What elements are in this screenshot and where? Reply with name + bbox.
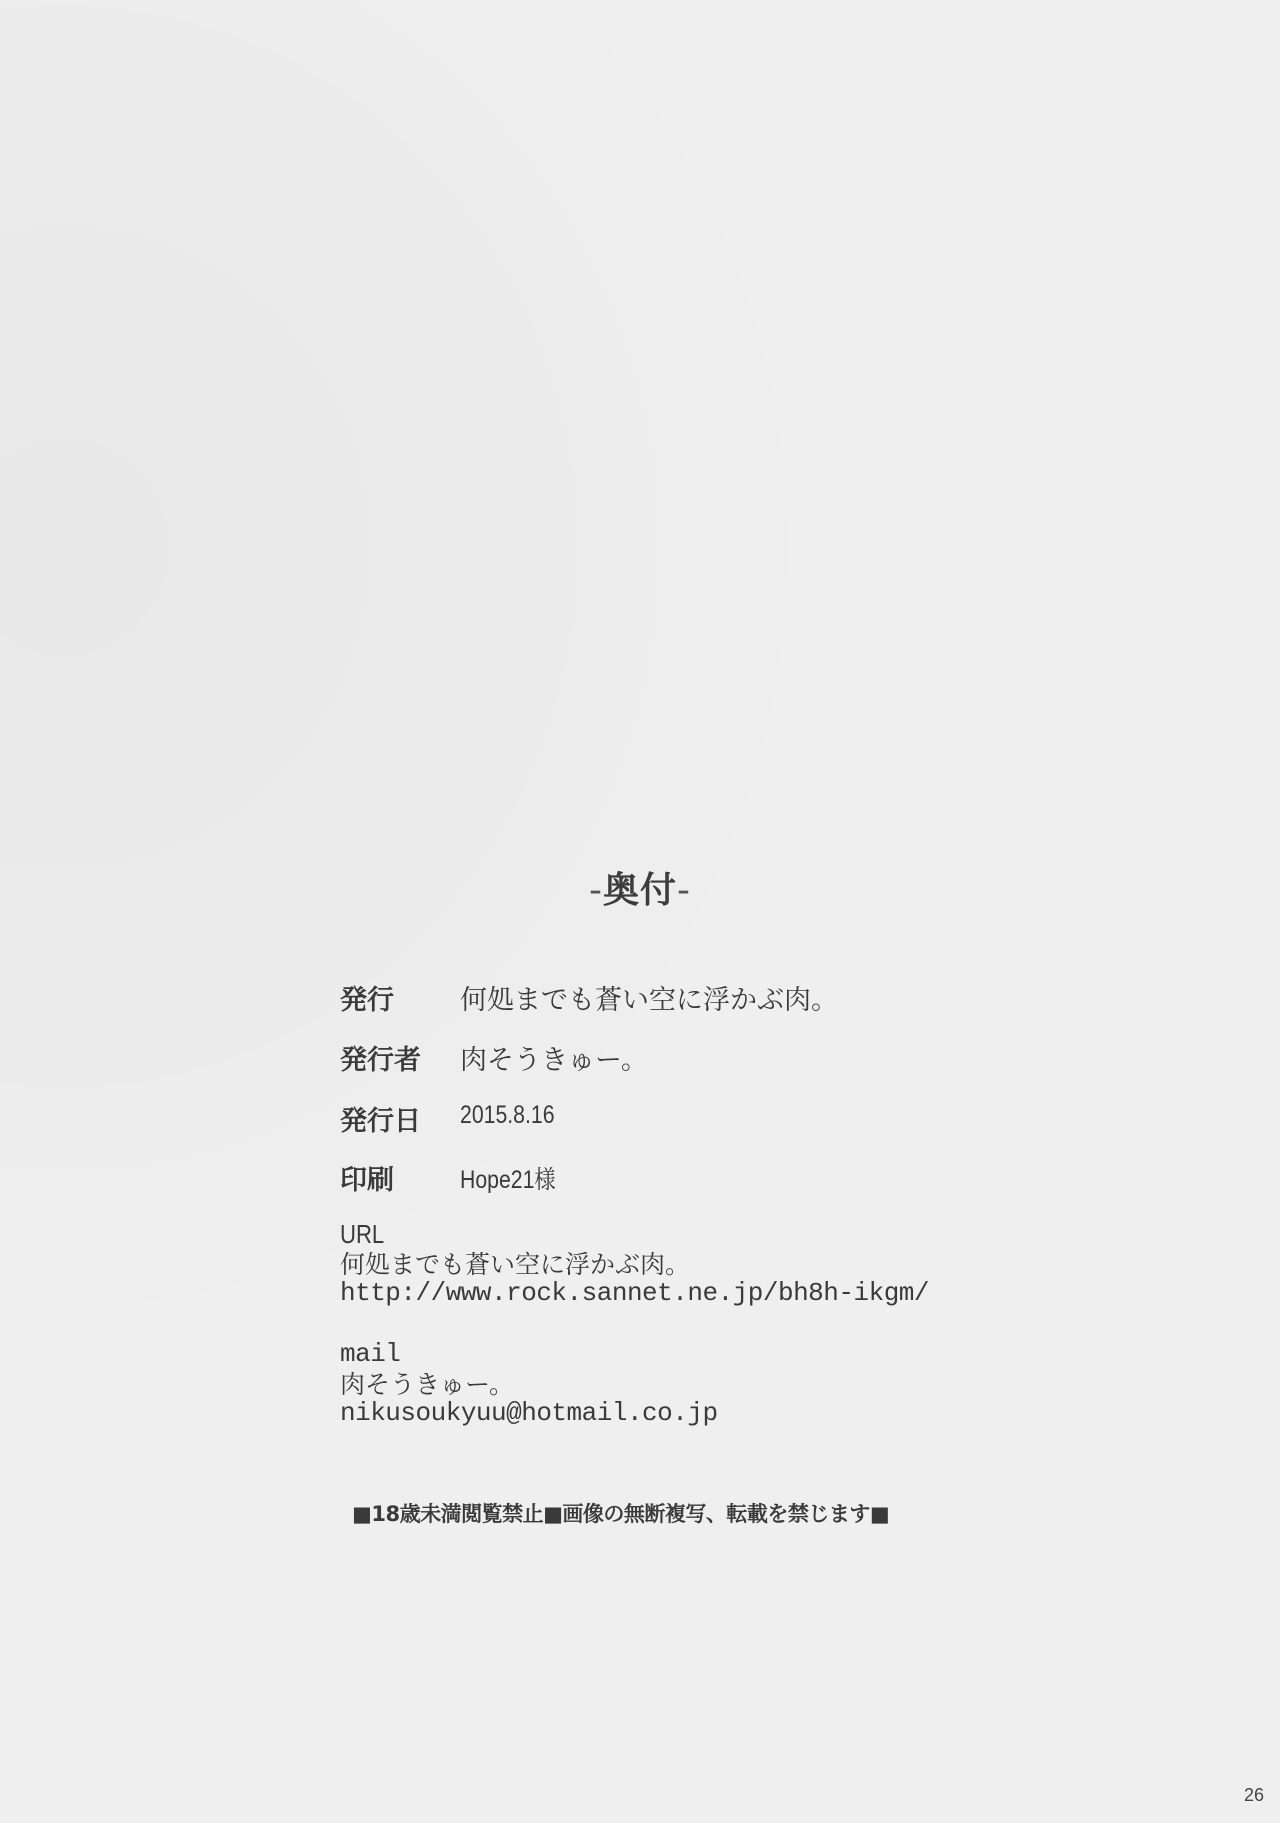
title-text: 奥付: [603, 870, 677, 911]
mail-heading: mail: [340, 1340, 718, 1370]
site-name: 何処までも蒼い空に浮かぶ肉。: [340, 1250, 929, 1280]
colophon-value: 肉そうきゅー。: [460, 1038, 648, 1077]
age-restriction-notice: ■18歳未満閲覧禁止■画像の無断複写、転載を禁じます■: [352, 1498, 889, 1528]
colophon-value: 何処までも蒼い空に浮かぶ肉。: [460, 978, 838, 1017]
mail-section: mail 肉そうきゅー。 nikusoukyuu@hotmail.co.jp: [340, 1340, 718, 1429]
page-title: -奥付-: [0, 862, 1280, 913]
title-dash-right: -: [677, 870, 691, 911]
url-section: URL 何処までも蒼い空に浮かぶ肉。 http://www.rock.sanne…: [340, 1220, 929, 1309]
title-dash-left: -: [589, 870, 603, 911]
colophon-value: 2015.8.16: [460, 1101, 555, 1130]
colophon-label: 印刷: [340, 1158, 394, 1197]
colophon-label: 発行日: [340, 1099, 421, 1138]
site-url-link[interactable]: http://www.rock.sannet.ne.jp/bh8h-ikgm/: [340, 1279, 929, 1309]
colophon-value: Hope21様: [460, 1160, 556, 1196]
colophon-label: 発行: [340, 978, 394, 1017]
author-name: 肉そうきゅー。: [340, 1370, 718, 1400]
colophon-label: 発行者: [340, 1038, 421, 1077]
url-heading: URL: [340, 1220, 384, 1250]
email-link[interactable]: nikusoukyuu@hotmail.co.jp: [340, 1399, 718, 1429]
page-number: 26: [1244, 1785, 1264, 1806]
